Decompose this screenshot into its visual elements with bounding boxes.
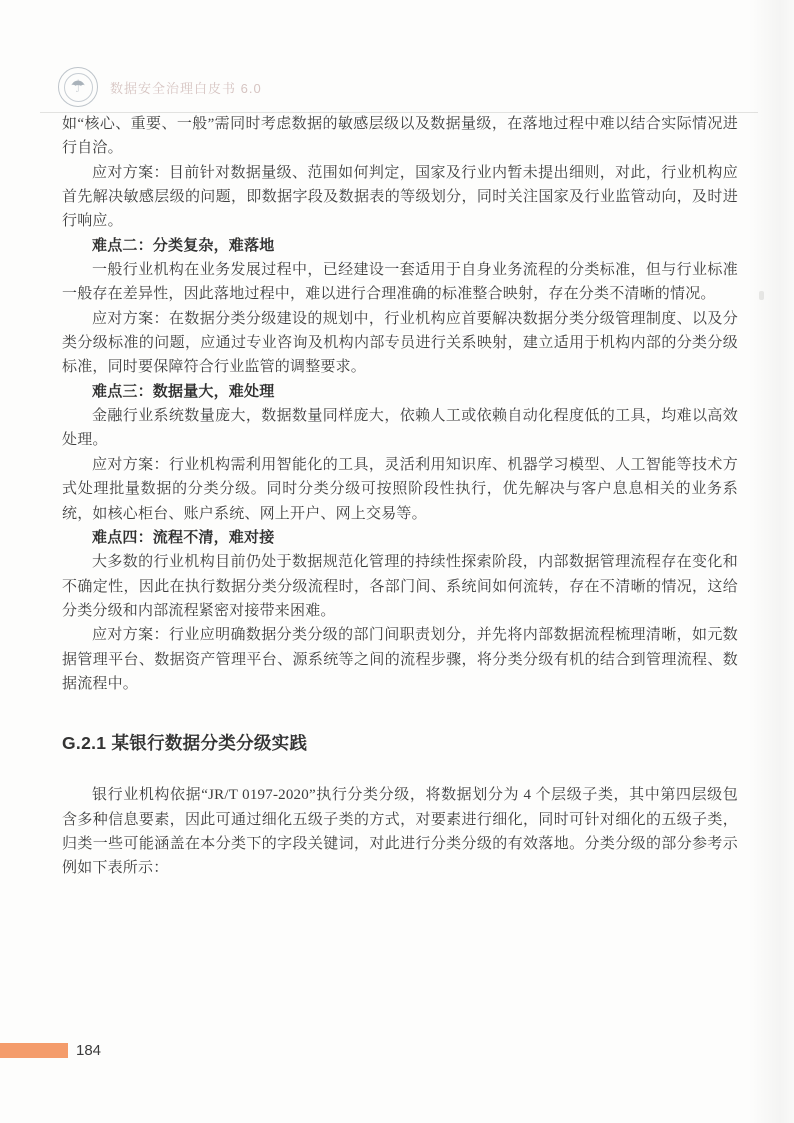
seal-inner-ring: ☂	[64, 73, 93, 102]
paragraph: 应对方案：在数据分类分级建设的规划中，行业机构应首要解决数据分类分级管理制度、以…	[62, 307, 738, 380]
page-body: 如“核心、重要、一般”需同时考虑数据的敏感层级以及数据量级，在落地过程中难以结合…	[62, 112, 738, 881]
document-page: ☂ 数据安全治理白皮书 6.0 如“核心、重要、一般”需同时考虑数据的敏感层级以…	[0, 0, 794, 1123]
page-number-bar	[0, 1043, 68, 1058]
paragraph: 一般行业机构在业务发展过程中，已经建设一套适用于自身业务流程的分类标准，但与行业…	[62, 258, 738, 307]
section-heading: G.2.1 某银行数据分类分级实践	[62, 730, 738, 755]
umbrella-icon: ☂	[70, 79, 85, 96]
page-number: 184	[76, 1042, 101, 1059]
header-watermark-title: 数据安全治理白皮书 6.0	[110, 78, 262, 97]
paragraph: 应对方案：目前针对数据量级、范围如何判定，国家及行业内暂未提出细则，对此，行业机…	[62, 161, 738, 234]
section-paragraph: 银行业机构依据“JR/T 0197-2020”执行分类分级，将数据划分为 4 个…	[62, 783, 738, 880]
paragraph: 应对方案：行业机构需利用智能化的工具，灵活利用知识库、机器学习模型、人工智能等技…	[62, 453, 738, 526]
difficulty-heading: 难点二：分类复杂，难落地	[62, 234, 738, 258]
difficulty-heading: 难点三：数据量大，难处理	[62, 380, 738, 404]
paragraph: 应对方案：行业应明确数据分类分级的部门间职责划分，并先将内部数据流程梳理清晰，如…	[62, 623, 738, 696]
page-header: ☂ 数据安全治理白皮书 6.0	[58, 66, 754, 108]
difficulty-heading: 难点四：流程不清，难对接	[62, 526, 738, 550]
paragraph: 大多数的行业机构目前仍处于数据规范化管理的持续性探索阶段，内部数据管理流程存在变…	[62, 550, 738, 623]
paragraph: 金融行业系统数量庞大，数据数量同样庞大，依赖人工或依赖自动化程度低的工具，均难以…	[62, 404, 738, 453]
page-edge-mark	[759, 291, 764, 300]
publisher-seal-logo: ☂	[58, 67, 98, 107]
paragraph: 如“核心、重要、一般”需同时考虑数据的敏感层级以及数据量级，在落地过程中难以结合…	[62, 112, 738, 161]
